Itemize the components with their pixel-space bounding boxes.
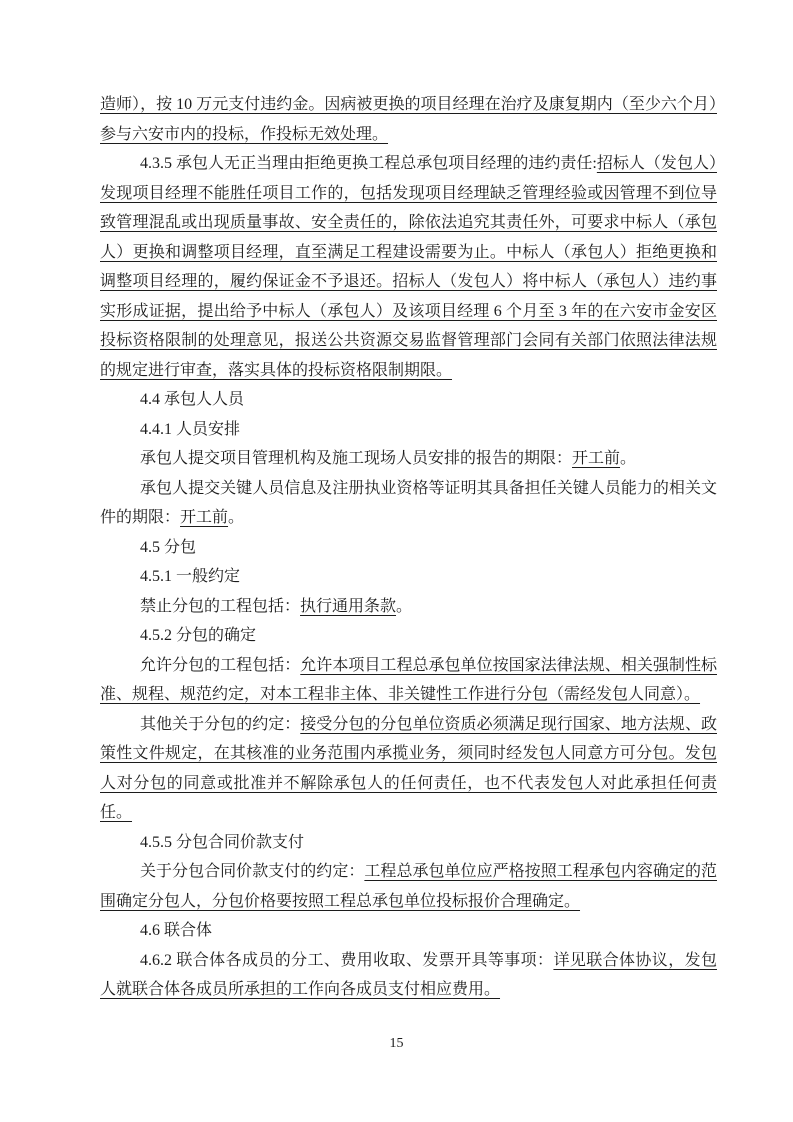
paragraph: 4.5.1 一般约定 (100, 562, 717, 592)
paragraph: 允许分包的工程包括：允许本项目工程总承包单位按国家法律法规、相关强制性标准、规程… (100, 651, 717, 710)
text-segment: 4.4.1 人员安排 (140, 421, 240, 438)
paragraph: 禁止分包的工程包括：执行通用条款。 (100, 592, 717, 622)
paragraph: 4.3.5 承包人无正当理由拒绝更换工程总承包项目经理的违约责任:招标人（发包人… (100, 149, 717, 385)
underlined-text: 招标人（发包人）发现项目经理不能胜任项目工作的，包括发现项目经理缺乏管理经验或因… (100, 155, 717, 379)
paragraph: 承包人提交项目管理机构及施工现场人员安排的报告的期限：开工前。 (100, 444, 717, 474)
text-segment: 允许分包的工程包括： (140, 657, 300, 674)
paragraph: 4.5.2 分包的确定 (100, 621, 717, 651)
paragraph: 4.6.2 联合体各成员的分工、费用收取、发票开具等事项：详见联合体协议，发包人… (100, 946, 717, 1005)
text-segment: 4.6 联合体 (140, 922, 212, 939)
text-segment: 4.3.5 承包人无正当理由拒绝更换工程总承包项目经理的违约责任: (140, 155, 597, 172)
paragraph: 4.5 分包 (100, 533, 717, 563)
paragraph: 造师），按 10 万元支付违约金。因病被更换的项目经理在治疗及康复期内（至少六个… (100, 90, 717, 149)
underlined-text: 造师），按 10 万元支付违约金。因病被更换的项目经理在治疗及康复期内（至少六个… (100, 96, 717, 143)
text-segment: 4.4 承包人人员 (140, 391, 244, 408)
text-segment: 关于分包合同价款支付的约定： (140, 863, 364, 880)
underlined-text: 执行通用条款 (300, 598, 396, 615)
paragraph: 4.6 联合体 (100, 916, 717, 946)
text-segment: 。 (228, 509, 244, 526)
text-segment: 承包人提交项目管理机构及施工现场人员安排的报告的期限： (140, 450, 572, 467)
document-body: 造师），按 10 万元支付违约金。因病被更换的项目经理在治疗及康复期内（至少六个… (100, 90, 717, 1005)
text-segment: 。 (396, 598, 412, 615)
text-segment: 4.5.2 分包的确定 (140, 627, 256, 644)
paragraph: 4.4 承包人人员 (100, 385, 717, 415)
paragraph: 关于分包合同价款支付的约定：工程总承包单位应严格按照工程承包内容确定的范围确定分… (100, 857, 717, 916)
text-segment: 其他关于分包的约定： (140, 716, 300, 733)
text-segment: 禁止分包的工程包括： (140, 598, 300, 615)
paragraph: 4.4.1 人员安排 (100, 415, 717, 445)
page-footer: 15 (0, 1036, 793, 1052)
document-page: 造师），按 10 万元支付违约金。因病被更换的项目经理在治疗及康复期内（至少六个… (0, 0, 793, 1122)
text-segment: 。 (620, 450, 636, 467)
underlined-text: 开工前 (180, 509, 228, 526)
page-number: 15 (390, 1036, 404, 1051)
paragraph: 4.5.5 分包合同价款支付 (100, 828, 717, 858)
text-segment: 4.5.1 一般约定 (140, 568, 240, 585)
underlined-text: 开工前 (572, 450, 620, 467)
text-segment: 4.5.5 分包合同价款支付 (140, 834, 304, 851)
text-segment: 4.5 分包 (140, 539, 196, 556)
paragraph: 承包人提交关键人员信息及注册执业资格等证明其具备担任关键人员能力的相关文件的期限… (100, 474, 717, 533)
paragraph: 其他关于分包的约定：接受分包的分包单位资质必须满足现行国家、地方法规、政策性文件… (100, 710, 717, 828)
text-segment: 4.6.2 联合体各成员的分工、费用收取、发票开具等事项： (140, 952, 553, 969)
